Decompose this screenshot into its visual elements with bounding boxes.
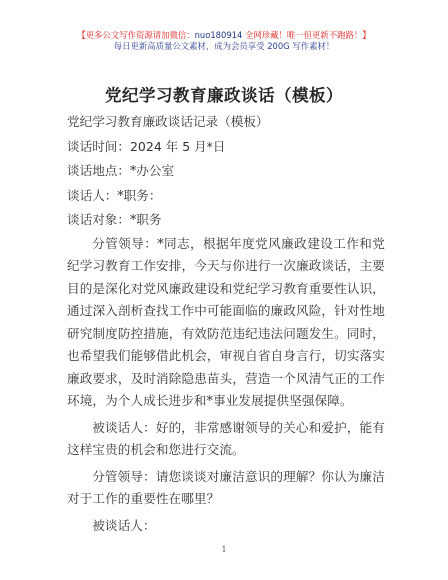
promo-line-2: 每日更新高质量公文素材，成为会员享受 200G 写作素材！ <box>0 41 448 52</box>
promo-line-1: 【更多公文写作资源请加微信：nuo180914 全网珍藏！唯一但更新不跑路！】 <box>0 30 448 41</box>
field-time-value: 2024 年 5 月*日 <box>130 139 225 154</box>
paragraph-interviewee-answer: 被谈话人： <box>67 515 385 538</box>
paragraph-interviewee-reply: 被谈话人：好的，非常感谢领导的关心和爱护，能有这样宝贵的机会和您进行交流。 <box>67 417 385 462</box>
field-location: 谈话地点：*办公室 <box>67 159 385 184</box>
field-time: 谈话时间：2024 年 5 月*日 <box>67 135 385 160</box>
paragraph-leader-question: 分管领导：请您谈谈对廉洁意识的理解？你认为廉洁对于工作的重要性在哪里？ <box>67 466 385 511</box>
wechat-id: nuo180914 <box>195 30 243 40</box>
field-interviewee: 谈话对象：*职务 <box>67 208 385 233</box>
field-interviewer: 谈话人：*职务： <box>67 184 385 209</box>
document-body: 党纪学习教育廉政谈话记录（模板） 谈话时间：2024 年 5 月*日 谈话地点：… <box>67 110 385 541</box>
page-number: 1 <box>0 545 448 554</box>
promo-banner: 【更多公文写作资源请加微信：nuo180914 全网珍藏！唯一但更新不跑路！】 … <box>0 30 448 52</box>
field-time-label: 谈话时间： <box>67 139 130 154</box>
document-title: 党纪学习教育廉政谈话（模板） <box>0 82 448 106</box>
paragraph-leader-opening: 分管领导：*同志，根据年度党风廉政建设工作和党纪学习教育工作安排，今天与你进行一… <box>67 233 385 413</box>
promo-line-1-prefix: 【更多公文写作资源请加微信： <box>77 30 194 40</box>
document-subtitle: 党纪学习教育廉政谈话记录（模板） <box>67 110 385 135</box>
promo-line-1-suffix: 全网珍藏！唯一但更新不跑路！】 <box>242 30 370 40</box>
